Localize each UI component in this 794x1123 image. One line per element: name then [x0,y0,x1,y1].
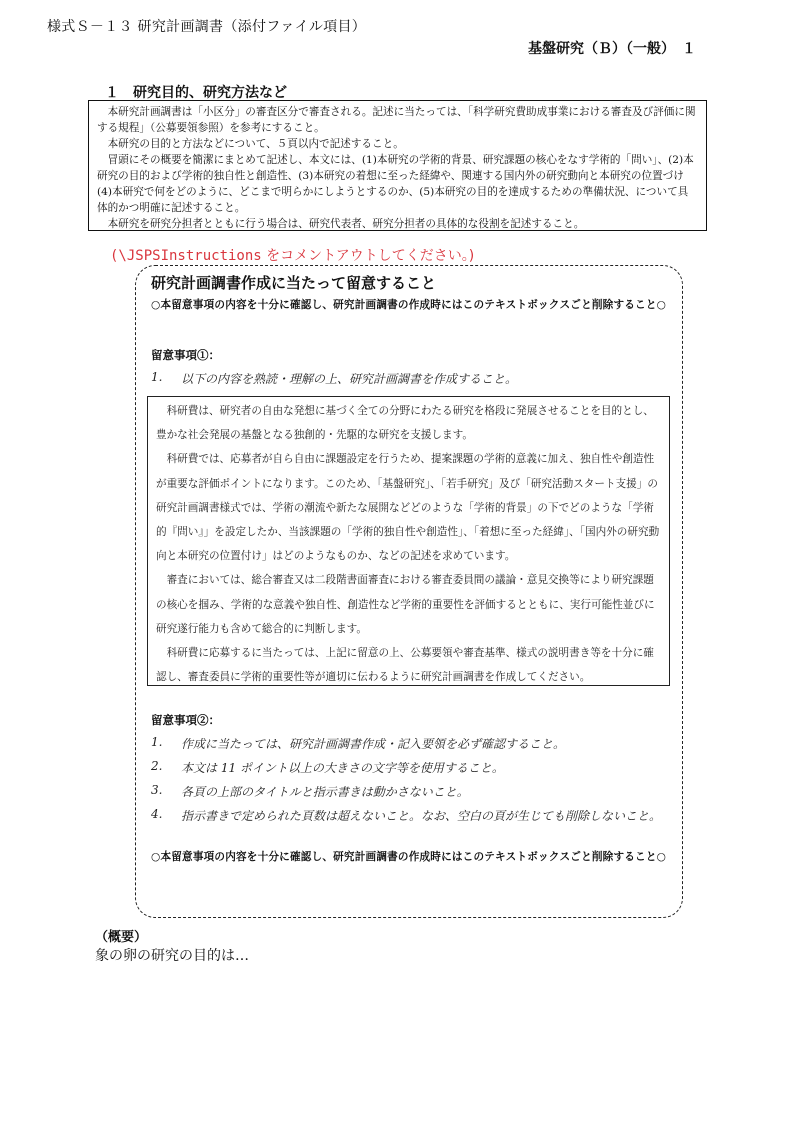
list-number: 3. [151,783,181,807]
list-number: 1. [151,370,181,387]
list-text: 指示書きで定められた頁数は超えないこと。なお、空白の頁が生じても削除しないこと。 [181,807,661,831]
explanation-paragraph: 科研費は、研究者の自由な発想に基づく全ての分野にわたる研究を格段に発展させること… [156,399,661,447]
comment-out-note: (\JSPSInstructions をコメントアウトしてください。) [110,245,474,265]
item1-list: 1. 以下の内容を熟読・理解の上、研究計画調書を作成すること。 [151,370,517,387]
list-item: 3. 各頁の上部のタイトルと指示書きは動かさないこと。 [151,783,661,807]
list-item: 1. 作成に当たっては、研究計画調書作成・記入要領を必ず確認すること。 [151,735,661,759]
list-item: 2. 本文は 11 ポイント以上の大きさの文字等を使用すること。 [151,759,661,783]
latex-command: (\JSPSInstructions [110,248,262,264]
kakenhi-explanation-box: 科研費は、研究者の自由な発想に基づく全ての分野にわたる研究を格段に発展させること… [147,396,670,686]
instruction-paragraph: 本研究を研究分担者とともに行う場合は、研究代表者、研究分担者の具体的な役割を記述… [97,216,698,232]
explanation-paragraph: 科研費に応募するに当たっては、上記に留意の上、公募要領や審査基準、様式の説明書き… [156,641,661,689]
item2-heading: 留意事項②： [151,712,220,728]
summary-heading: （概要） [95,926,147,945]
instruction-paragraph: 冒頭にその概要を簡潔にまとめて記述し、本文には、(1)本研究の学術的背景、研究課… [97,152,698,216]
instruction-paragraph: 本研究の目的と方法などについて、５頁以内で記述すること。 [97,136,698,152]
instruction-paragraph: 本研究計画調書は「小区分」の審査区分で審査される。記述に当たっては、「科学研究費… [97,104,698,136]
explanation-paragraph: 科研費では、応募者が自ら自由に課題設定を行うため、提案課題の学術的意義に加え、独… [156,447,661,568]
item2-list: 1. 作成に当たっては、研究計画調書作成・記入要領を必ず確認すること。 2. 本… [151,735,661,831]
summary-body[interactable]: 象の卵の研究の目的は… [95,945,249,965]
list-text: 本文は 11 ポイント以上の大きさの文字等を使用すること。 [181,759,504,783]
form-label: 様式Ｓ－１３ 研究計画調書（添付ファイル項目） [47,16,366,36]
comment-out-text: をコメントアウトしてください。) [262,248,475,264]
item1-heading: 留意事項①： [151,347,220,363]
list-item: 1. 以下の内容を熟読・理解の上、研究計画調書を作成すること。 [151,370,517,387]
list-text: 作成に当たっては、研究計画調書作成・記入要領を必ず確認すること。 [181,735,565,759]
section-heading: １ 研究目的、研究方法など [105,82,287,102]
list-text: 各頁の上部のタイトルと指示書きは動かさないこと。 [181,783,469,807]
list-number: 1. [151,735,181,759]
list-text: 以下の内容を熟読・理解の上、研究計画調書を作成すること。 [181,370,517,387]
list-item: 4. 指示書きで定められた頁数は超えないこと。なお、空白の頁が生じても削除しない… [151,807,661,831]
list-number: 4. [151,807,181,831]
list-number: 2. [151,759,181,783]
delete-note-top: ○本留意事項の内容を十分に確認し、研究計画調書の作成時にはこのテキストボックスご… [151,297,666,312]
category-label: 基盤研究（Ｂ）（一般） １ [528,38,696,58]
explanation-paragraph: 審査においては、総合審査又は二段階書面審査における審査委員間の議論・意見交換等に… [156,568,661,641]
instruction-box: 本研究計画調書は「小区分」の審査区分で審査される。記述に当たっては、「科学研究費… [88,100,707,231]
delete-note-bottom: ○本留意事項の内容を十分に確認し、研究計画調書の作成時にはこのテキストボックスご… [151,849,666,864]
notes-title: 研究計画調書作成に当たって留意すること [151,272,436,293]
